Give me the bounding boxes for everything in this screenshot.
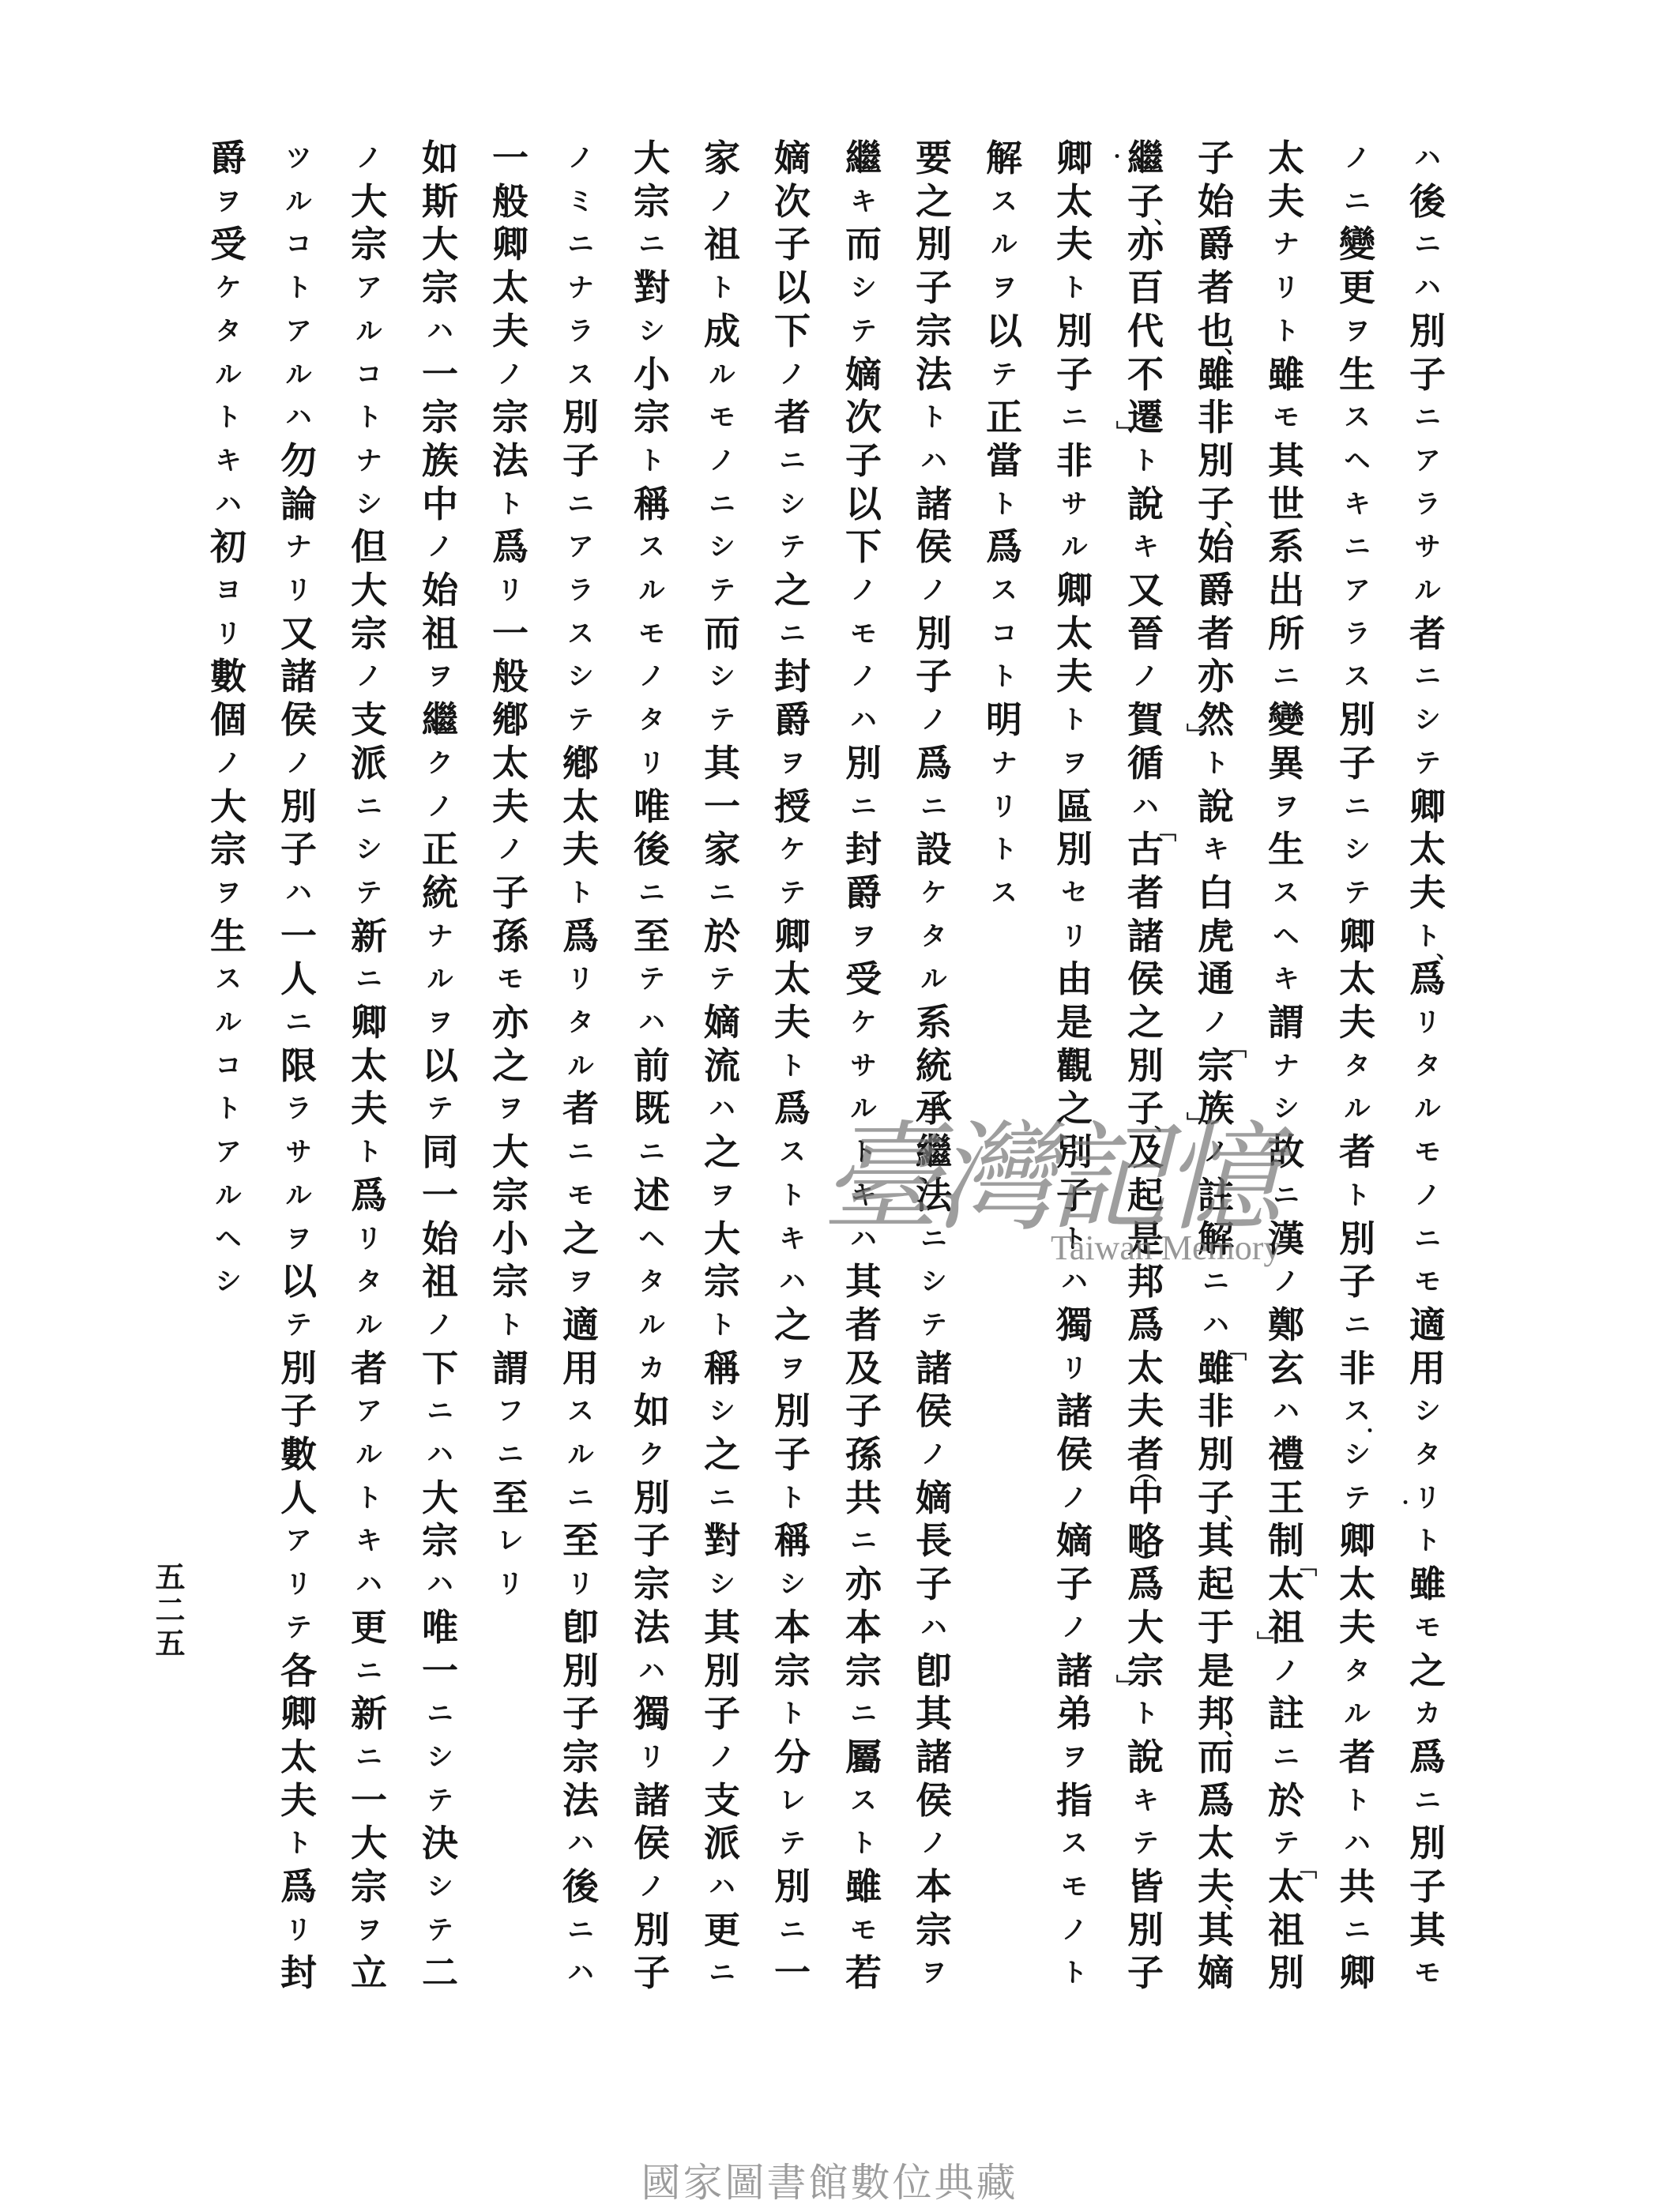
glyph: モ	[698, 396, 746, 439]
glyph: 卿	[1334, 1519, 1381, 1563]
text-column-16: ノ大宗アルコトナシ但大宗ノ支派ニシテ新ニ卿太夫ト爲リタル者アルトキハ更ニ新ニ一大…	[345, 137, 393, 2009]
glyph: 一	[487, 612, 534, 656]
glyph: 別	[840, 742, 887, 785]
glyph: 唯	[416, 1606, 464, 1650]
glyph: 繼	[1122, 137, 1169, 180]
glyph: ト	[980, 655, 1028, 698]
glyph: 卽	[557, 1606, 604, 1650]
glyph: 後	[557, 1865, 604, 1909]
glyph: 侯	[1122, 957, 1169, 1001]
glyph: 卿	[275, 1692, 322, 1736]
glyph: 孫	[487, 915, 534, 958]
glyph: シ	[769, 1563, 816, 1606]
glyph: モ	[840, 612, 887, 656]
glyph: 下	[416, 1347, 464, 1390]
glyph: ニ	[557, 1130, 604, 1174]
glyph: 一	[769, 1951, 816, 1995]
glyph: 爵	[840, 871, 887, 915]
glyph: モ	[1404, 1130, 1451, 1174]
glyph: 卽	[910, 1650, 957, 1693]
glyph: 侯	[275, 698, 322, 742]
glyph: 而	[840, 223, 887, 266]
glyph: ト	[1051, 1951, 1098, 1995]
glyph: シ	[840, 266, 887, 310]
glyph: リ	[557, 957, 604, 1001]
glyph: 別	[910, 612, 957, 656]
glyph: ト	[205, 396, 252, 439]
glyph: 更	[345, 1606, 393, 1650]
glyph: 始	[416, 569, 464, 612]
glyph: ア	[345, 1390, 393, 1433]
glyph: シ	[698, 655, 746, 698]
glyph: ス	[980, 871, 1028, 915]
glyph: ニ	[840, 785, 887, 829]
text-column-18: 爵ヲ受ケタルトキハ初ヨリ數個ノ大宗ヲ生スルコトアルヘシ	[205, 137, 252, 2009]
glyph: ノ	[1404, 1174, 1451, 1217]
glyph: 大	[345, 180, 393, 224]
glyph: ノ	[275, 742, 322, 785]
glyph: 弟	[1051, 1692, 1098, 1736]
glyph: 觀	[1051, 1044, 1098, 1088]
glyph: 系	[1262, 525, 1310, 569]
glyph: ス	[980, 180, 1028, 224]
glyph: 太	[345, 1044, 393, 1088]
glyph: ノ	[487, 828, 534, 871]
glyph: 非	[1192, 1390, 1240, 1433]
glyph: ノ	[698, 1736, 746, 1779]
glyph: 雖	[840, 1865, 887, 1909]
glyph: リ	[1051, 915, 1098, 958]
glyph: ニ	[698, 871, 746, 915]
glyph: ニ	[1262, 655, 1310, 698]
glyph: ニ	[698, 1477, 746, 1520]
glyph: 代	[1122, 310, 1169, 353]
glyph: 夫	[275, 1779, 322, 1823]
glyph: 非	[1051, 439, 1098, 483]
glyph: 卿	[1334, 915, 1381, 958]
glyph: ヲ	[910, 1951, 957, 1995]
glyph: リ	[275, 569, 322, 612]
glyph: ハ	[416, 1433, 464, 1477]
glyph: 別	[628, 1477, 675, 1520]
glyph: 夫	[1404, 871, 1451, 915]
glyph: テ	[1122, 1822, 1169, 1865]
glyph: ニ	[345, 785, 393, 829]
glyph: 稱	[769, 1519, 816, 1563]
glyph: 之	[1122, 1001, 1169, 1044]
glyph: テ	[910, 1303, 957, 1347]
glyph: 子	[1334, 742, 1381, 785]
glyph: 分	[769, 1736, 816, 1779]
glyph: 人	[275, 957, 322, 1001]
glyph: 鄕	[557, 742, 604, 785]
glyph: ル	[416, 957, 464, 1001]
glyph: 大	[205, 785, 252, 829]
glyph: 宗	[416, 1519, 464, 1563]
glyph: リ	[628, 1736, 675, 1779]
glyph: 諸	[1051, 1650, 1098, 1693]
glyph: 小	[487, 1217, 534, 1261]
glyph: ハ	[345, 1563, 393, 1606]
glyph: 其	[1404, 1909, 1451, 1952]
glyph: 別	[1262, 1951, 1310, 1995]
glyph: 侯	[910, 1779, 957, 1823]
punctuation-mark: ﹁	[1224, 1339, 1247, 1363]
glyph: 夫	[487, 785, 534, 829]
glyph: ノ	[487, 353, 534, 397]
glyph: ニ	[628, 223, 675, 266]
glyph: シ	[1334, 828, 1381, 871]
glyph: 其	[1192, 1519, 1240, 1563]
glyph: ノ	[910, 698, 957, 742]
glyph: ハ	[1404, 266, 1451, 310]
glyph: ル	[1404, 569, 1451, 612]
glyph: 宗	[698, 1260, 746, 1303]
glyph: ヲ	[416, 655, 464, 698]
glyph: テ	[1404, 742, 1451, 785]
glyph: 別	[1122, 1909, 1169, 1952]
glyph: 共	[840, 1477, 887, 1520]
text-column-2: ノニ變更ヲ生スヘキニアラス別子ニシテ卿太夫タル者ト別子ニ非スシテ卿太夫タル者トハ…	[1334, 137, 1381, 2009]
glyph: 子	[1051, 353, 1098, 397]
glyph: シ	[557, 655, 604, 698]
glyph: ル	[345, 310, 393, 353]
glyph: 別	[275, 1347, 322, 1390]
glyph: ノ	[628, 1865, 675, 1909]
glyph: 宗	[557, 1736, 604, 1779]
glyph: テ	[628, 957, 675, 1001]
glyph: 以	[769, 266, 816, 310]
glyph: ル	[275, 353, 322, 397]
glyph: ニ	[487, 1433, 534, 1477]
glyph: 孫	[840, 1433, 887, 1477]
glyph: ケ	[910, 871, 957, 915]
glyph: ニ	[910, 785, 957, 829]
glyph: ト	[487, 483, 534, 526]
glyph: 卿	[1051, 569, 1098, 612]
glyph: ラ	[1404, 483, 1451, 526]
glyph: 其	[1262, 439, 1310, 483]
glyph: キ	[1192, 828, 1240, 871]
glyph: 後	[1404, 180, 1451, 224]
glyph: ト	[345, 1477, 393, 1520]
text-column-10: 嫡次子以下ノ者ニシテ之ニ封爵ヲ授ケテ卿太夫ト爲ストキハ之ヲ別子ト稱シ本宗ト分レテ…	[769, 137, 816, 2009]
text-column-14: 一般卿太夫ノ宗法ト爲リ一般鄕太夫ノ子孫モ亦之ヲ大宗小宗ト謂フニ至レリ	[487, 137, 534, 2009]
glyph: 人	[275, 1477, 322, 1520]
glyph: ア	[557, 525, 604, 569]
glyph: 稱	[628, 483, 675, 526]
glyph: 其	[910, 1692, 957, 1736]
glyph: 玄	[1262, 1347, 1310, 1390]
glyph: 適	[557, 1303, 604, 1347]
glyph: ヲ	[769, 1347, 816, 1390]
glyph: 太	[1334, 1563, 1381, 1606]
glyph: ト	[769, 1692, 816, 1736]
glyph: ノ	[1051, 1477, 1098, 1520]
glyph: 爲	[1122, 1303, 1169, 1347]
glyph: 者	[1404, 612, 1451, 656]
glyph: テ	[840, 310, 887, 353]
glyph: 新	[345, 915, 393, 958]
glyph: 次	[840, 396, 887, 439]
glyph: 受	[205, 223, 252, 266]
glyph: 指	[1051, 1779, 1098, 1823]
glyph: シ	[1404, 698, 1451, 742]
glyph: 於	[698, 915, 746, 958]
glyph: 本	[840, 1606, 887, 1650]
glyph: リ	[557, 1563, 604, 1606]
glyph: 宗	[628, 1563, 675, 1606]
glyph: モ	[840, 1909, 887, 1952]
glyph: 別	[1404, 310, 1451, 353]
text-column-5: 繼子、亦百代不遷﹂ト說キ又晉ノ賀循ハ古﹁者諸侯之別子、及起是邦爲太夫者中︵略︶爲…	[1122, 137, 1169, 2009]
glyph: 其	[1192, 1909, 1240, 1952]
glyph: ニ	[416, 1692, 464, 1736]
glyph: 至	[557, 1519, 604, 1563]
glyph: 前	[628, 1044, 675, 1088]
glyph: ル	[1404, 1087, 1451, 1130]
glyph: ト	[628, 439, 675, 483]
glyph: 法	[910, 353, 957, 397]
glyph: 百	[1122, 266, 1169, 310]
glyph: サ	[1051, 483, 1098, 526]
glyph: キ	[345, 1519, 393, 1563]
glyph: ハ	[910, 439, 957, 483]
glyph: 別	[769, 1390, 816, 1433]
glyph: 子	[557, 439, 604, 483]
glyph: 嫡	[698, 1001, 746, 1044]
glyph: ノ	[698, 439, 746, 483]
glyph: 由	[1051, 957, 1098, 1001]
glyph: 太	[1051, 180, 1098, 224]
glyph: 統	[910, 1044, 957, 1088]
dot-mark: ・	[1361, 1424, 1377, 1440]
glyph: ト	[1051, 698, 1098, 742]
glyph: ハ	[1404, 137, 1451, 180]
glyph: 族	[416, 439, 464, 483]
glyph: 大	[416, 223, 464, 266]
glyph: ハ	[1262, 1390, 1310, 1433]
glyph: 封	[840, 828, 887, 871]
glyph: 別	[1192, 439, 1240, 483]
glyph: 爵	[769, 698, 816, 742]
glyph: 及	[840, 1347, 887, 1390]
glyph: 各	[275, 1650, 322, 1693]
glyph: 爲	[1404, 957, 1451, 1001]
text-column-12: 大宗ニ對シ小宗ト稱スルモノタリ唯後ニ至テハ前既ニ述ヘタルカ如ク別子宗法ハ獨リ諸侯…	[628, 137, 675, 2009]
glyph: 生	[1334, 353, 1381, 397]
glyph: 爲	[275, 1865, 322, 1909]
glyph: 以	[275, 1260, 322, 1303]
glyph: リ	[1404, 1001, 1451, 1044]
glyph: 一	[487, 137, 534, 180]
glyph: ヲ	[416, 1001, 464, 1044]
glyph: 說	[1122, 483, 1169, 526]
glyph: テ	[416, 1909, 464, 1952]
glyph: ル	[910, 957, 957, 1001]
glyph: 太	[1334, 957, 1381, 1001]
glyph: 之	[698, 1433, 746, 1477]
glyph: 子	[1122, 1951, 1169, 1995]
glyph: ツ	[275, 137, 322, 180]
glyph: ニ	[1334, 180, 1381, 224]
glyph: ヘ	[1334, 439, 1381, 483]
glyph: ハ	[910, 1606, 957, 1650]
glyph: ノ	[769, 353, 816, 397]
glyph: ミ	[557, 180, 604, 224]
glyph: ル	[205, 1174, 252, 1217]
text-column-9: 繼キ而シテ嫡次子以下ノモノハ別ニ封爵ヲ受ケサルトキハ其者及子孫共ニ亦本宗ニ屬スト…	[840, 137, 887, 2009]
glyph: シ	[628, 310, 675, 353]
glyph: ト	[557, 871, 604, 915]
glyph: シ	[416, 1865, 464, 1909]
glyph: モ	[557, 1174, 604, 1217]
glyph: 諸	[910, 1736, 957, 1779]
glyph: 太	[275, 1736, 322, 1779]
glyph: ト	[205, 1087, 252, 1130]
glyph: 虎	[1192, 915, 1240, 958]
glyph: 雖	[1262, 353, 1310, 397]
glyph: テ	[416, 1087, 464, 1130]
text-column-6: 卿太夫ト別子ニ非サル卿太夫トヲ區別セリ由是觀之別子トハ獨リ諸侯ノ嫡子ノ諸弟ヲ指ス…	[1051, 137, 1098, 2009]
glyph: 勿	[275, 439, 322, 483]
glyph: コ	[980, 612, 1028, 656]
glyph: 而	[698, 612, 746, 656]
glyph: タ	[910, 915, 957, 958]
glyph: ル	[1334, 1087, 1381, 1130]
glyph: 爵	[205, 137, 252, 180]
glyph: ハ	[557, 1951, 604, 1995]
glyph: ナ	[980, 742, 1028, 785]
glyph: 祖	[1262, 1909, 1310, 1952]
glyph: ニ	[416, 1390, 464, 1433]
glyph: ケ	[840, 1001, 887, 1044]
text-column-17: ツルコトアルハ勿論ナリ又諸侯ノ別子ハ一人ニ限ラサルヲ以テ別子數人アリテ各卿太夫ト…	[275, 137, 322, 2009]
glyph: ニ	[345, 957, 393, 1001]
glyph: 宗	[840, 1650, 887, 1693]
glyph: ル	[1051, 525, 1098, 569]
glyph: 侯	[910, 1390, 957, 1433]
glyph: タ	[1404, 1433, 1451, 1477]
glyph: 出	[1262, 569, 1310, 612]
glyph: ヨ	[205, 569, 252, 612]
glyph: 爲	[1192, 1779, 1240, 1823]
glyph: 而	[1192, 1736, 1240, 1779]
glyph: 小	[628, 353, 675, 397]
glyph: ノ	[910, 1822, 957, 1865]
glyph: キ	[1122, 1779, 1169, 1823]
glyph: モ	[1404, 1951, 1451, 1995]
glyph: 宗	[345, 1865, 393, 1909]
glyph: ハ	[557, 1822, 604, 1865]
glyph: 謂	[1262, 1001, 1310, 1044]
glyph: 世	[1262, 483, 1310, 526]
glyph: 數	[275, 1433, 322, 1477]
glyph: ス	[1334, 396, 1381, 439]
glyph: ラ	[1334, 612, 1381, 656]
glyph: ル	[557, 1044, 604, 1088]
glyph: 受	[840, 957, 887, 1001]
glyph: 晉	[1122, 612, 1169, 656]
glyph: モ	[1404, 1260, 1451, 1303]
glyph: ト	[840, 1822, 887, 1865]
glyph: キ	[1122, 525, 1169, 569]
glyph: 流	[698, 1044, 746, 1088]
glyph: ニ	[557, 1477, 604, 1520]
glyph: 下	[840, 525, 887, 569]
glyph: 子	[557, 1692, 604, 1736]
glyph: サ	[840, 1044, 887, 1088]
glyph: ニ	[557, 1909, 604, 1952]
glyph: ニ	[1404, 1779, 1451, 1823]
glyph: 祖	[416, 1260, 464, 1303]
glyph: 之	[557, 1217, 604, 1261]
glyph: シ	[698, 1390, 746, 1433]
footer-attribution: 國家圖書館數位典藏	[0, 2162, 1659, 2203]
glyph: リ	[628, 742, 675, 785]
glyph: 註	[1262, 1692, 1310, 1736]
glyph: 亦	[840, 1563, 887, 1606]
glyph: 宗	[628, 180, 675, 224]
glyph: 夫	[487, 310, 534, 353]
glyph: 子	[840, 439, 887, 483]
glyph: 非	[1192, 396, 1240, 439]
glyph: 者	[345, 1347, 393, 1390]
glyph: 皆	[1122, 1865, 1169, 1909]
glyph: ヲ	[275, 1217, 322, 1261]
glyph: ト	[698, 1303, 746, 1347]
glyph: ト	[275, 1822, 322, 1865]
glyph: 祖	[698, 223, 746, 266]
glyph: ニ	[1334, 1909, 1381, 1952]
glyph: 一	[345, 1779, 393, 1823]
glyph: モ	[1404, 1606, 1451, 1650]
glyph: ヲ	[1051, 1736, 1098, 1779]
punctuation-mark: ﹁	[1224, 1036, 1247, 1060]
glyph: 夫	[1122, 1390, 1169, 1433]
glyph: ト	[769, 1174, 816, 1217]
glyph: 子	[487, 871, 534, 915]
glyph: 別	[1404, 1822, 1451, 1865]
glyph: 更	[698, 1909, 746, 1952]
glyph: 夫	[1051, 655, 1098, 698]
glyph: 王	[1262, 1477, 1310, 1520]
glyph: 論	[275, 483, 322, 526]
glyph: ニ	[345, 1736, 393, 1779]
glyph: 設	[910, 828, 957, 871]
glyph: 是	[1192, 1650, 1240, 1693]
glyph: 之	[487, 1044, 534, 1088]
glyph: 繼	[840, 137, 887, 180]
glyph: 起	[1192, 1563, 1240, 1606]
glyph: キ	[205, 439, 252, 483]
glyph: 子	[1404, 1865, 1451, 1909]
glyph: ル	[275, 1174, 322, 1217]
glyph: 述	[628, 1174, 675, 1217]
glyph: 侯	[628, 1822, 675, 1865]
glyph: 別	[1334, 698, 1381, 742]
glyph: 一	[416, 353, 464, 397]
glyph: ル	[557, 1433, 604, 1477]
glyph: テ	[769, 1822, 816, 1865]
glyph: ニ	[557, 483, 604, 526]
glyph: ト	[1122, 1692, 1169, 1736]
glyph: 者	[1334, 1736, 1381, 1779]
glyph: サ	[1404, 525, 1451, 569]
glyph: 諸	[1051, 1390, 1098, 1433]
glyph: 爲	[487, 525, 534, 569]
glyph: ノ	[910, 569, 957, 612]
